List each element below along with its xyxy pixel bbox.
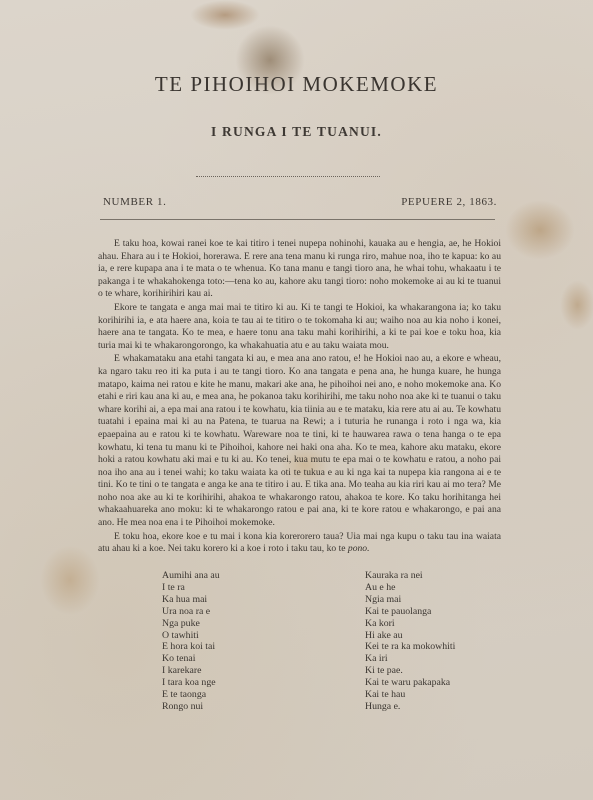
poem-right-column: Kauraka ra nei Au e he Ngia mai Kai te p… (365, 570, 455, 713)
poem-line: Hi ake au (365, 630, 455, 642)
issue-date: PEPUERE 2, 1863. (401, 196, 497, 208)
poem-left-column: Aumihi ana au I te ra Ka hua mai Ura noa… (162, 570, 220, 713)
poem-line: Hunga e. (365, 701, 455, 713)
newspaper-page: TE PIHOIHOI MOKEMOKE I RUNGA I TE TUANUI… (0, 0, 593, 800)
poem-line: Ka hua mai (162, 594, 220, 606)
poem-line: Kai te waru pakapaka (365, 677, 455, 689)
masthead-title: TE PIHOIHOI MOKEMOKE (0, 72, 593, 97)
paper-stain (190, 0, 260, 30)
poem-line: I te ra (162, 582, 220, 594)
poem-line: E hora koi tai (162, 641, 220, 653)
poem-line: Kauraka ra nei (365, 570, 455, 582)
paragraph-text: E toku hoa, ekore koe e tu mai i kona ki… (98, 531, 501, 555)
poem-line: Ka iri (365, 653, 455, 665)
masthead-subtitle: I RUNGA I TE TUANUI. (0, 124, 593, 140)
poem-line: Ki te pae. (365, 665, 455, 677)
issue-line: NUMBER 1. PEPUERE 2, 1863. (103, 196, 497, 208)
poem-line: Kei te ra ka mokowhiti (365, 641, 455, 653)
poem-line: Aumihi ana au (162, 570, 220, 582)
paragraph: E toku hoa, ekore koe e tu mai i kona ki… (98, 531, 501, 556)
poem-line: Ko tenai (162, 653, 220, 665)
poem-line: I karekare (162, 665, 220, 677)
poem-line: Kai te pauolanga (365, 606, 455, 618)
poem-line: I tara koa nge (162, 677, 220, 689)
article-body: E taku hoa, kowai ranei koe te kai titir… (98, 238, 501, 556)
poem-line: O tawhiti (162, 630, 220, 642)
header-rule (100, 219, 495, 220)
poem-line: Rongo nui (162, 701, 220, 713)
poem-line: Au e he (365, 582, 455, 594)
paragraph: E whakamataku ana etahi tangata ki au, e… (98, 353, 501, 529)
ornamental-rule (196, 172, 380, 177)
italic-word: pono. (348, 543, 370, 554)
issue-number: NUMBER 1. (103, 196, 166, 208)
paragraph: Ekore te tangata e anga mai mai te titir… (98, 302, 501, 352)
paper-stain (560, 280, 593, 330)
poem-line: Ngia mai (365, 594, 455, 606)
poem-line: E te taonga (162, 689, 220, 701)
paragraph: E taku hoa, kowai ranei koe te kai titir… (98, 238, 501, 301)
poem-line: Ura noa ra e (162, 606, 220, 618)
paper-stain (505, 200, 575, 260)
poem-line: Nga puke (162, 618, 220, 630)
poem-line: Ka kori (365, 618, 455, 630)
poem-line: Kai te hau (365, 689, 455, 701)
paper-stain (40, 545, 100, 615)
